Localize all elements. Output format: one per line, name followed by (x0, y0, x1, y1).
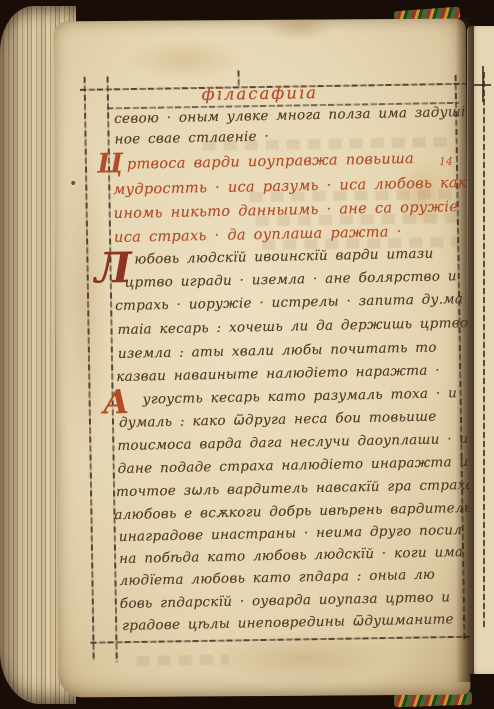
manuscript-line: иземла : аты хвали любы почитать то (118, 342, 437, 362)
manuscript-line: людїета любовь като гпдара : оныа лю (119, 569, 435, 589)
manuscript-line: страхь · иоружіе · истрелы · запита ду.м… (115, 293, 463, 313)
manuscript-line: градове цѣлы инеповредины ѿдушманите · (122, 613, 466, 633)
manuscript-photo: фїласафиїа 14 севою · оным улвке многа п… (0, 0, 494, 709)
chapter-title: фїласафиїа (162, 82, 358, 104)
manuscript-line: алюбовь е всѫкоги добрь ивѣрень вардител… (114, 502, 470, 523)
manuscript-line: севою · оным улвке многа полза има задуш… (114, 106, 466, 127)
frame-line-left-outer (84, 77, 95, 661)
manuscript-line: угоусть кесарь като разумаль тоха · и (143, 387, 458, 407)
manuscript-line: ртвоса варди иоуправжа повьиша (127, 152, 414, 172)
manuscript-line: точтое зѡль вардитель навсакїй гра страх… (116, 479, 470, 500)
frame-line-bottom (90, 636, 470, 644)
facing-page-cross-mark-vertical (482, 66, 484, 102)
manuscript-line: на побѣда като любовь людскїй · коги има (119, 546, 463, 566)
bleed-through-streak (137, 655, 229, 666)
manuscript-line: инаградове инастраны · неима друго посил (119, 524, 463, 544)
facing-page-ruling-line (483, 72, 485, 628)
manuscript-line: цртво игради · иземла · ане болярство и (125, 270, 457, 290)
decorated-initial: А (102, 387, 129, 417)
text-block: фїласафиїа 14 севою · оным улвке многа п… (54, 19, 471, 698)
decorated-initial: Л (94, 249, 132, 287)
manuscript-line: юбовь людскїй ивоинскїй варди итази (134, 248, 433, 268)
manuscript-line: таіа кесарь : хочешь ли да держишь цртво (117, 317, 468, 338)
manuscript-line: думаль : како ѿдруга неса бои товьише (119, 411, 437, 431)
gutter-shadow (456, 18, 474, 682)
manuscript-line: бовь гпдарскїй · оуварда иоупаза цртво и (120, 591, 451, 611)
manuscript-line: казваи наваиныте налюдіето наражта · (116, 365, 440, 385)
manuscript-line: ное свае стлаеніе · (114, 131, 269, 148)
margin-quire-number: 14 (439, 155, 453, 168)
margin-dot (71, 181, 75, 185)
decorated-initial: Ц (97, 152, 123, 177)
manuscript-page: фїласафиїа 14 севою · оным улвке многа п… (54, 19, 471, 698)
manuscript-line: тоисмоса варда дага неслучи даоуплаши · … (117, 433, 468, 454)
handwriting-lines-layer: севою · оным улвке многа полза има задуш… (54, 19, 463, 24)
manuscript-line: дане подаде страха налюдіето инаражта и (118, 456, 469, 477)
